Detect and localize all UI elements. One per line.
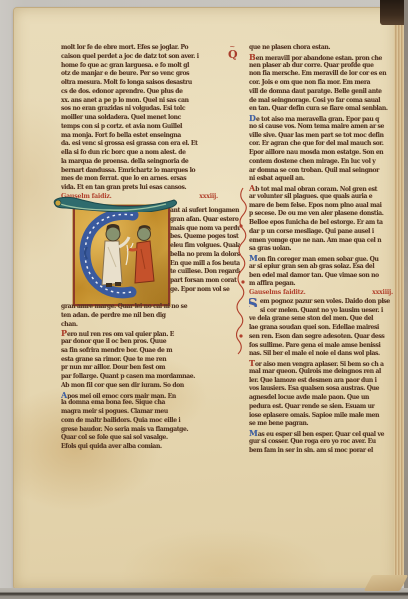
text-line: vill de domna daut paratge. Belle genil … (249, 88, 395, 97)
paragraph-initial: T (249, 359, 255, 368)
paragraph-initial: B (249, 53, 256, 62)
text-line: Mon fin coreger man emen sobar gue. Qu (249, 254, 395, 263)
text-line: la marqua de proensa. della seingnoria d… (61, 158, 240, 167)
rubric-line: Gauselms faiditz.xxxiiij. (249, 289, 395, 298)
text-line: ten adan. de perdre me nil ben dig (61, 312, 240, 321)
text-line: non fia mersche. Em meravill de lor cor … (249, 70, 395, 79)
text-line: si cor melen. Quant no yo lausim ueser. … (249, 307, 395, 316)
text-line: xx. ans anet a pe p lo mon. Quel ni sas … (61, 97, 240, 106)
sprig-ornament (126, 243, 133, 265)
text-line: sa fin sofrira mendre bor. Quae de m (61, 347, 240, 356)
text-line: moiller una soldadera. Quel menet lonc (61, 114, 240, 123)
text-line: sa gras uolan. (249, 245, 395, 254)
text-line: ler. Que lamoze est desmen ara paor dun … (249, 377, 395, 386)
text-line: ma monja. Fort fo bella estet enseingna (61, 132, 240, 141)
text-line: gur si cosser. Que roga ero yo roc aver.… (249, 438, 395, 447)
chapter-numeral: xxxiiij. (372, 289, 393, 298)
text-line: bernart dandussa. Emrichartz lo marques … (61, 167, 240, 176)
text-line: molt lor fe de ebre mort. Efes se joglar… (61, 44, 240, 53)
paragraph-initial: M (249, 254, 258, 263)
left-column-beside-initial: ant ai sufert longamengran afan. Quar es… (170, 207, 240, 297)
text-line: Quar col se fole que sai sol vasalge. (61, 434, 240, 443)
historiated-initial-art (75, 207, 164, 300)
right-column: que ne plasen chora estan.Ben meravill p… (249, 44, 395, 458)
text-line: p secese. De ou me ven aler plasene dons… (249, 210, 395, 219)
paragraph-initial: M (249, 429, 258, 438)
text-line: part forsan mon corat (170, 277, 240, 286)
text-line: Ben meravill por abandone estan. pron ch… (249, 53, 395, 62)
text-line: Sem pognoz pazur sen voles. Daido don pl… (249, 298, 395, 307)
text-line: mes de mon ferrat. que lo en arnes. ersa… (61, 175, 240, 184)
text-line: vida. Et en tan gran prets lui esas cans… (61, 184, 240, 193)
text-line: bella no prem la dolors (170, 251, 240, 260)
text-line: mal mar queon. Quirois me deingnos ren a… (249, 368, 395, 377)
text-line: fos sullime. Pare gena ei male amse beni… (249, 342, 395, 351)
text-line: ella si fo dun ric borc que a nom alest.… (61, 149, 240, 158)
left-column-bottom: gran amre marge. Quar lei no cal ni no s… (61, 303, 240, 455)
text-line: cor. Jois e om que non fia mor. Em mera (249, 79, 395, 88)
text-line: otz de manjar e de beure. Per so venc gr… (61, 70, 240, 79)
text-line: ar volunter sil plagues. que quals auria… (249, 193, 395, 202)
text-line: pedura est. Quar rende se sien. Esuam ur (249, 403, 395, 412)
text-line: Mas eu esper sil ben esper. Quar cel qua… (249, 429, 395, 438)
text-line: nen plaser ab dur corre. Quar profde que (249, 62, 395, 71)
text-line: sos no eran grazidas ni volgudas. Esi to… (61, 105, 240, 114)
text-line: Tor aiso men vengra aplaser. Si bem so c… (249, 359, 395, 368)
text-line: Apos mei oil emoc cors mair man. En (61, 391, 240, 400)
text-line: bes. Queme poges tost (170, 233, 240, 242)
text-line: ant ai sufert longamen (170, 207, 240, 216)
text-line: cs de dos. edonor aprendre. Que plus de (61, 88, 240, 97)
text-line: no si cause vos. Nom tema maire amen ar … (249, 123, 395, 132)
text-line: vos lausiers. Esa qualsen sosa austras. … (249, 385, 395, 394)
text-line: oltra mesura. Molt fo longa saisos desas… (61, 79, 240, 88)
text-line: cor. Er agran che que for del mal mauch … (249, 140, 395, 149)
text-line: mare de bem felse. Epos nom plno aual ma… (249, 202, 395, 211)
text-line: par follarge. Quant p casen ma mordamnae… (61, 373, 240, 382)
text-line: m affira pegan. (249, 280, 395, 289)
text-line: ge. Epor nom vol se (170, 286, 240, 295)
paragraph-initial: P (61, 329, 67, 338)
text-line: la domna ema bona fee. Sique cha (61, 399, 240, 408)
text-line: ben edel mal damor tan. Que vimae son no (249, 272, 395, 281)
text-line: da. esi venc si grossa esi grassa con er… (61, 140, 240, 149)
text-line: Pero nul ren res om val quier plan. E (61, 329, 240, 338)
photo-background-bottom (0, 588, 408, 599)
paragraph-initial: S (249, 298, 258, 307)
text-line: te cuillese. Don regarda (170, 268, 240, 277)
text-line: eleu fim volgues. Quala (170, 242, 240, 251)
text-line: chan. (61, 321, 240, 330)
penwork-flourish (236, 186, 248, 358)
text-line: pr nun mr aillor. Dour ben fest om (61, 364, 240, 373)
text-line: Efols qui quida aver alba comian. (61, 443, 240, 452)
text-line: que ne plasen chora estan. (249, 44, 395, 53)
text-line: agnesdel locue avde male paon. Que un (249, 394, 395, 403)
text-line: Epor aillore nau mosda mon estatge. Son … (249, 149, 395, 158)
text-line: ville sive. Quar las men part se tot moc… (249, 132, 395, 141)
book-page-edges (394, 6, 404, 586)
paragraph-initial: A (61, 391, 67, 400)
text-line: Belloe epos funicha de bel estorge. Er a… (249, 219, 395, 228)
text-line: magra meir si pogues. Clamar meu (61, 408, 240, 417)
text-line: emen yomge que ne nan. Am mae qua cel n (249, 237, 395, 246)
figure-right (129, 225, 154, 283)
text-line: home fo que ac gran larguesa. e fo molt … (61, 62, 240, 71)
text-line: De tot aiso ma meravella gran. Epor pau … (249, 114, 395, 123)
figure-left (102, 224, 129, 287)
text-line: com de maltr bailidors. Quia moc eille i (61, 417, 240, 426)
paragraph-initial: D (249, 114, 256, 123)
text-line: En que mill a fos beutat (170, 260, 240, 269)
text-line: gran afan. Quar estero (170, 216, 240, 225)
text-line: par donor que il oc ben pros. Quue (61, 338, 240, 347)
text-line: ve dela grane sene ston del men. Que del (249, 315, 395, 324)
text-line: gran amre marge. Quar lei no cal ni no s… (61, 303, 240, 312)
text-line: nas. Sil ber el male el noie el dans wol… (249, 350, 395, 359)
text-line: en tan. Quar defin cura se fiare omal se… (249, 105, 395, 114)
text-line: ar si epiur gran sen ab gras solaz. Esa … (249, 263, 395, 272)
text-line: Ab mon fil cor que sen dir iuram. So don (61, 382, 240, 391)
chapter-numeral: xxxiij. (199, 193, 218, 202)
left-column-top: molt lor fe de ebre mort. Efes se joglar… (61, 44, 240, 204)
text-line: grese baudor. No seria mais va flamgatge… (61, 426, 240, 435)
photo-background-right (404, 0, 408, 599)
text-line: sen ren. Eson dan segre adesoten. Quar d… (249, 333, 395, 342)
paragraph-initial: A (249, 184, 255, 193)
text-line: ni esbat aqueil an. (249, 175, 395, 184)
text-line: temps con si p cortz. et avia nom Guille… (61, 123, 240, 132)
text-line: mais que nom va perdu (170, 225, 240, 234)
rubric-title: Gauselms faiditz. (249, 289, 306, 298)
initial-scroll-flourish (50, 194, 178, 212)
text-line: de mal seingnorage. Cosi yo far coma sau… (249, 97, 395, 106)
text-line: caison quel perdet a joc de datz tot son… (61, 53, 240, 62)
text-line: contem dostene chen mirage. En luc vol y (249, 158, 395, 167)
text-line: lae grana soudan quei son. Edellae maire… (249, 324, 395, 333)
text-line: bem fam in ser in sin. am si moc porar e… (249, 447, 395, 456)
historiated-initial (73, 205, 170, 306)
text-line: esta grane sa rimor. Que te me ren (61, 356, 240, 365)
text-line: Ab tot mal mal obran coram. Nol gren est (249, 184, 395, 193)
text-line: se me bene pagran. (249, 420, 395, 429)
text-line: iose eplasere omais. Sapioe mile male me… (249, 412, 395, 421)
text-line: dar p un corse mesliage. Qui pane ausel … (249, 228, 395, 237)
text-line: ar domna se con troban. Quil mal seingno… (249, 167, 395, 176)
